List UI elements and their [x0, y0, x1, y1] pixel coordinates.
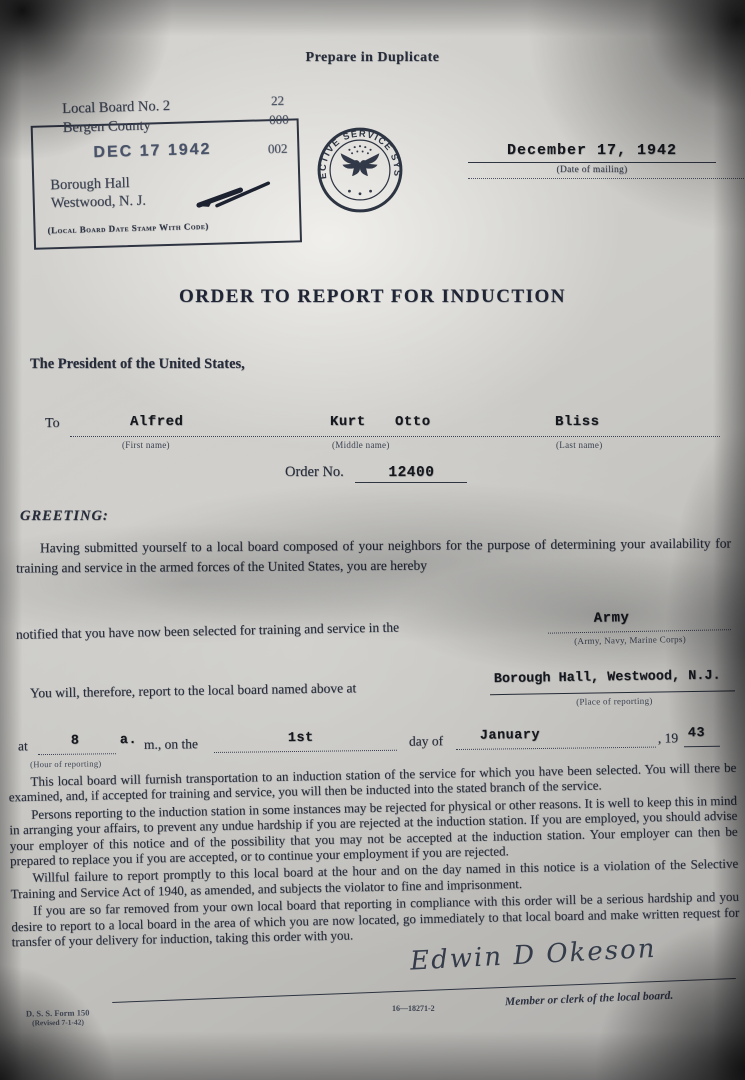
hour-caption: (Hour of reporting) [30, 758, 101, 769]
day-of-label: day of [409, 733, 443, 749]
induction-order-document: Prepare in Duplicate Local Board No. 2 2… [0, 0, 745, 1080]
greeting-heading: GREETING: [20, 508, 109, 525]
day-fill-line [214, 750, 397, 753]
last-name-value: Bliss [555, 414, 600, 430]
name-fill-line [70, 436, 720, 437]
signature-caption: Member or clerk of the local board. [505, 990, 674, 1008]
mailing-second-line [468, 178, 745, 179]
print-code: 16—18271-2 [392, 1004, 435, 1013]
prepare-in-duplicate-note: Prepare in Duplicate [0, 50, 745, 66]
salutation-line: The President of the United States, [30, 356, 245, 373]
order-number-value: 12400 [355, 465, 467, 483]
mailing-date-caption: (Date of mailing) [468, 165, 716, 175]
last-name-caption: (Last name) [556, 440, 603, 450]
seal-bottom-dots [348, 190, 372, 195]
pen-scribble-icon [194, 177, 277, 209]
month-fill-line [456, 747, 656, 750]
form-footer: D. S. S. Form 150 (Revised 7-1-42) [26, 1007, 90, 1027]
form-revised: (Revised 7-1-42) [32, 1017, 90, 1027]
addressee-row: To Alfred Kurt Otto Bliss (First name) (… [0, 408, 745, 456]
hour-fill-line [38, 753, 116, 755]
report-caption: (Place of reporting) [576, 696, 653, 707]
branch-fill-line [548, 629, 731, 634]
seal-stars [348, 145, 371, 154]
stamp-board-code: 22 [271, 93, 284, 109]
order-number-row: Order No. 12400 [285, 464, 467, 483]
hour-value: 8 [71, 734, 80, 749]
middle-name-caption: (Middle name) [332, 440, 390, 450]
selective-service-seal-icon: SELECTIVE SERVICE SYSTEM [316, 126, 404, 214]
intro-paragraph: Having submitted yourself to a local boa… [16, 534, 731, 579]
year-fill-line [684, 746, 720, 747]
middle-name-value-1: Kurt [330, 414, 366, 430]
report-prefix: You will, therefore, report to the local… [30, 680, 356, 701]
meridiem-value: a. [120, 733, 137, 748]
report-fill-line [490, 690, 735, 695]
first-name-caption: (First name) [122, 440, 170, 450]
mailing-date-value: December 17, 1942 [468, 142, 716, 159]
body-paragraphs: This local board will furnish transporta… [8, 760, 739, 952]
branch-value: Army [594, 610, 630, 627]
branch-caption: (Army, Navy, Marine Corps) [574, 634, 686, 646]
middle-name-value-2: Otto [395, 414, 431, 430]
day-value: 1st [288, 731, 314, 746]
branch-prefix: notified that you have now been selected… [16, 620, 399, 643]
report-place-value: Borough Hall, Westwood, N.J. [494, 669, 721, 688]
seal-eagle [341, 153, 380, 176]
year-printed-label: , 19 [658, 730, 678, 746]
at-label: at [18, 738, 28, 754]
year-typed-value: 43 [688, 726, 705, 741]
first-name-value: Alfred [130, 414, 183, 430]
stamp-board-line: Local Board No. 2 [62, 98, 170, 118]
place-of-reporting-row: You will, therefore, report to the local… [16, 666, 736, 719]
local-board-date-stamp: Local Board No. 2 22 Bergen County 000 D… [32, 94, 304, 249]
stamp-hall-line: Borough Hall [50, 175, 130, 194]
stamp-county-line: Bergen County [63, 117, 151, 136]
stamp-county-code: 000 [269, 112, 289, 129]
stamp-date: DEC 17 1942 [93, 141, 212, 162]
m-on-the-label: m., on the [144, 736, 198, 753]
paragraph-rejection: Persons reporting to the induction stati… [9, 793, 738, 869]
stamp-date-code: 002 [268, 141, 288, 158]
mailing-date-line [468, 162, 716, 163]
to-label: To [45, 416, 60, 432]
stamp-city-line: Westwood, N. J. [51, 193, 147, 213]
date-of-mailing-block: December 17, 1942 (Date of mailing) [468, 142, 716, 179]
document-title: ORDER TO REPORT FOR INDUCTION [0, 286, 745, 308]
branch-selected-row: notified that you have now been selected… [16, 607, 734, 661]
order-number-label: Order No. [285, 464, 344, 480]
month-value: January [480, 728, 540, 744]
